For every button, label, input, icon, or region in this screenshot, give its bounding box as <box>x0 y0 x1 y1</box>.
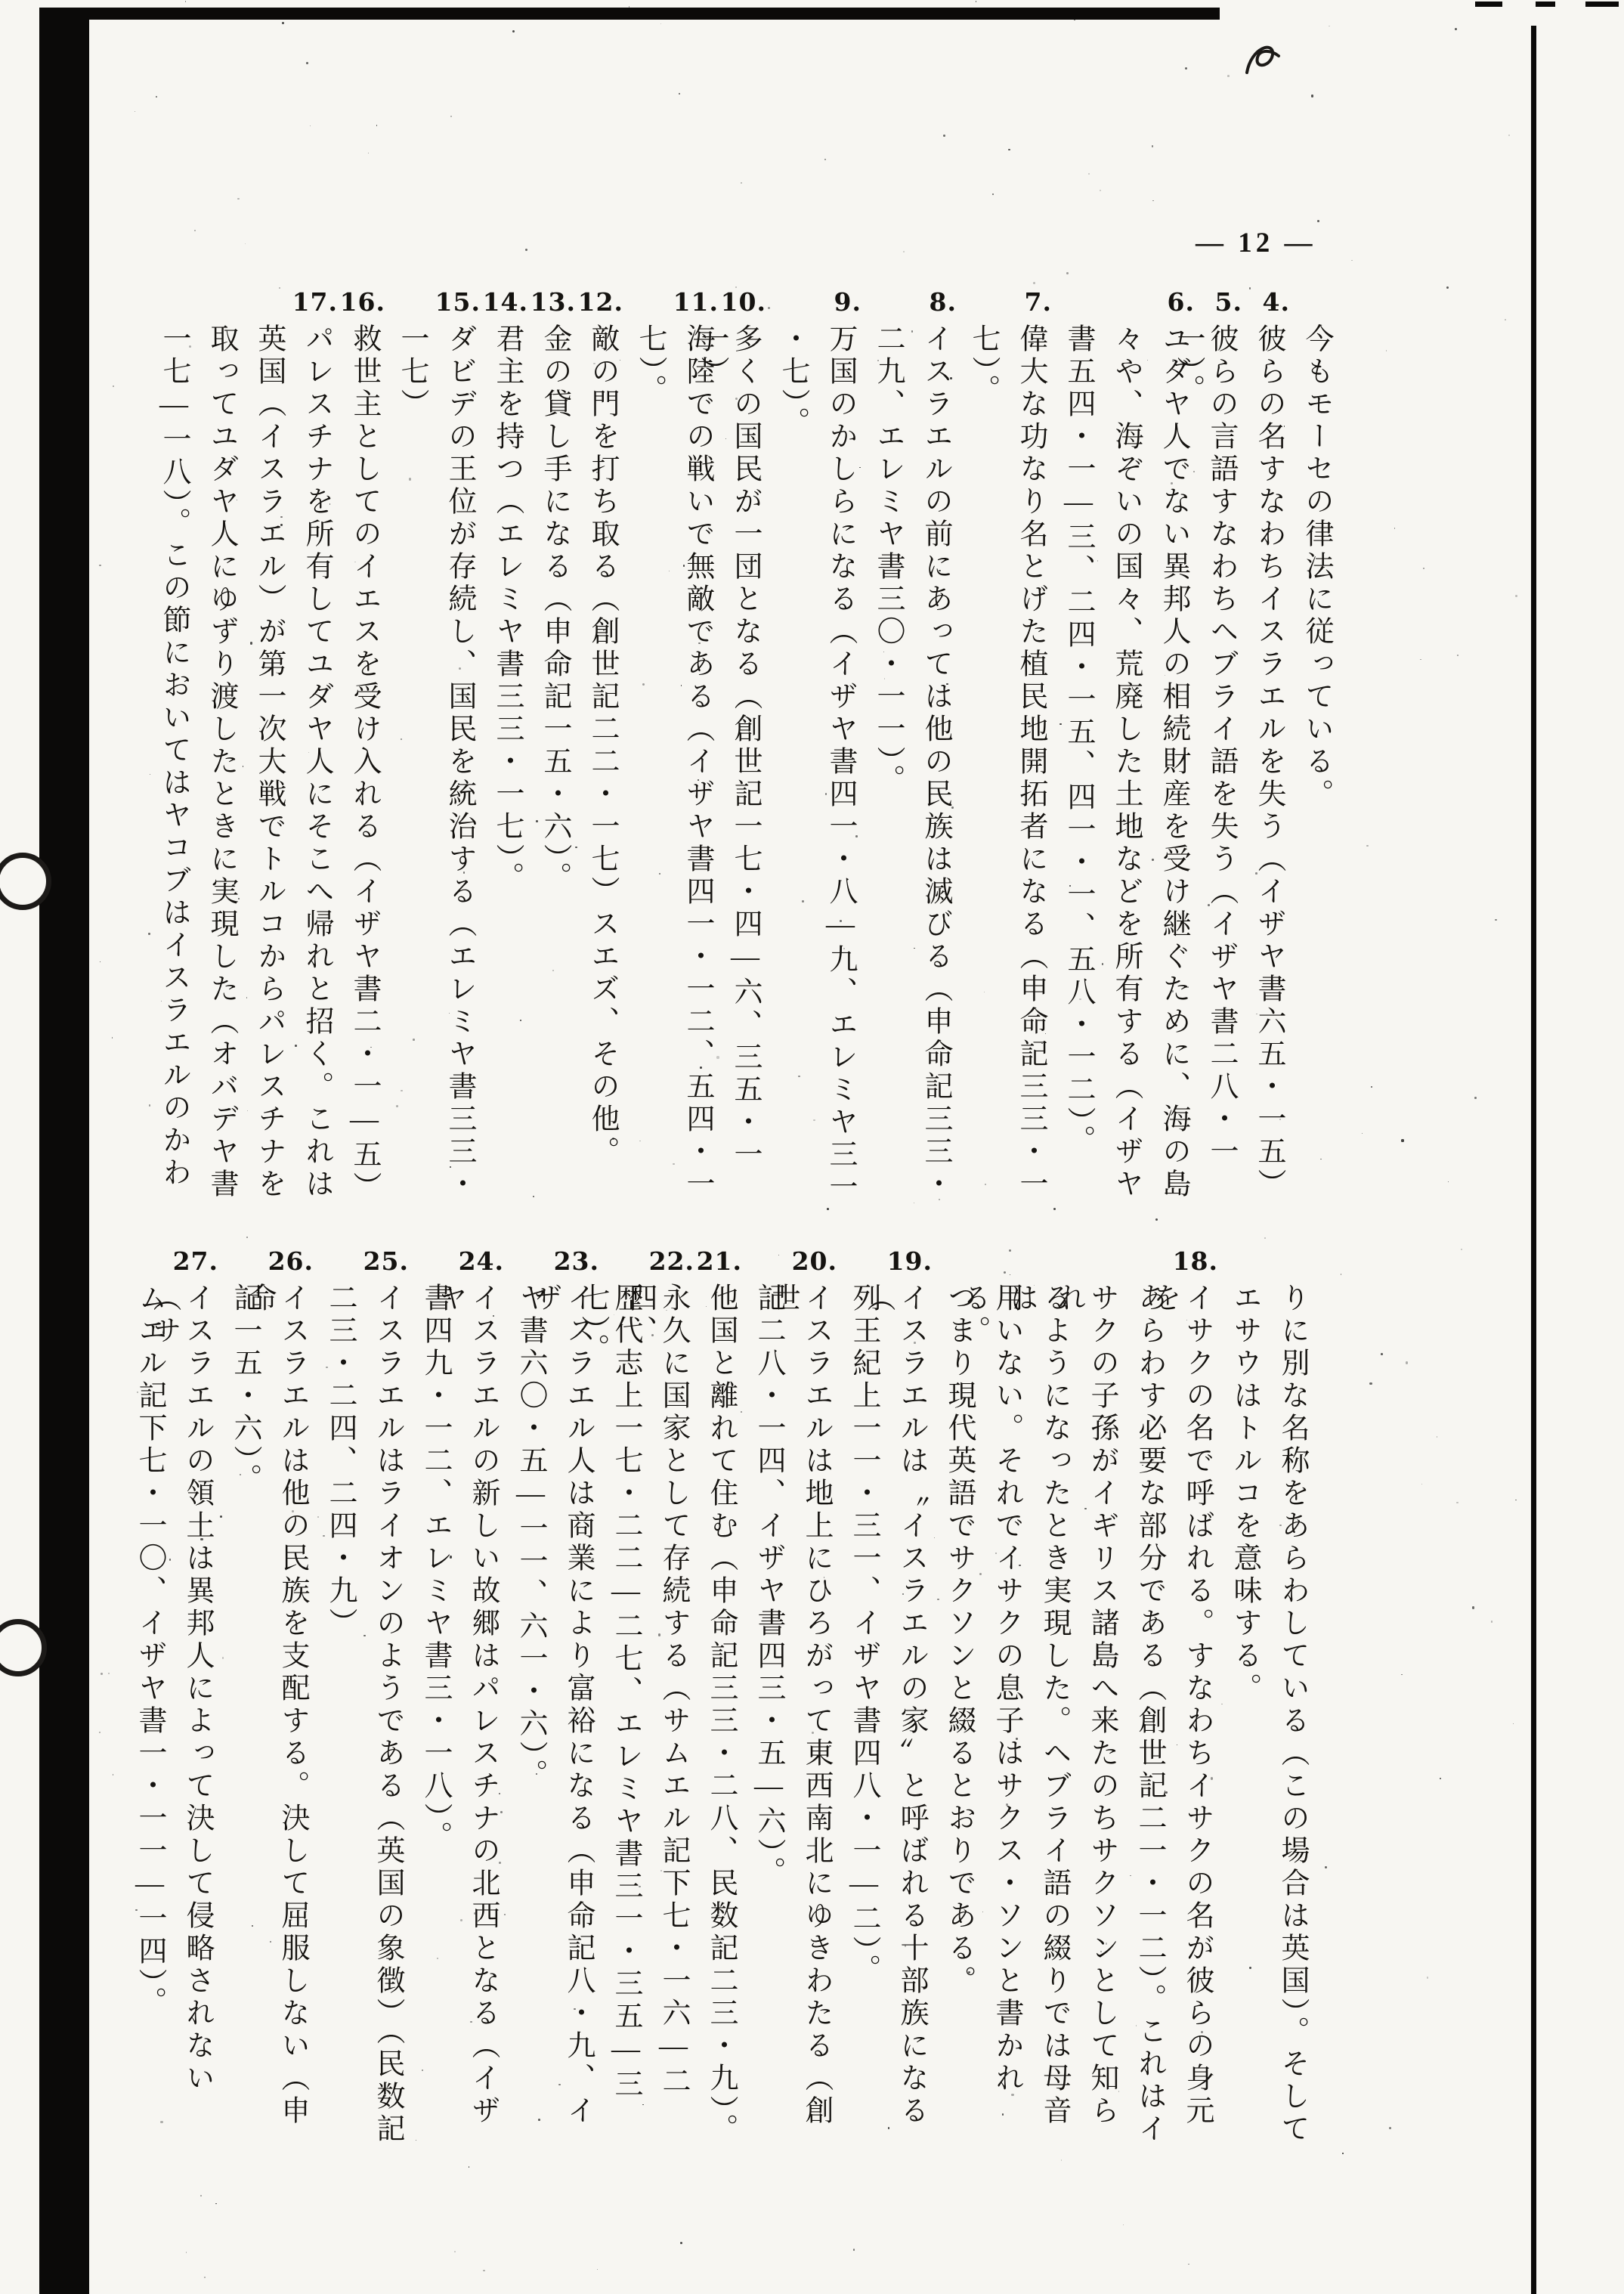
vertical-text: るようになったとき実現した。ヘブライ語の綴りでは母音は <box>1038 1283 1071 2148</box>
text-column: 一七—一八）。この節においてはヤコブはイスラエルのかわ <box>157 324 190 1204</box>
item-number: 13. <box>531 287 576 317</box>
noise-speck <box>171 781 172 782</box>
noise-speck <box>1011 2094 1013 2096</box>
noise-speck <box>1155 1218 1158 1221</box>
noise-speck <box>768 307 770 309</box>
noise-speck <box>1342 2153 1343 2153</box>
text-column: 7.偉大な功なり名とげた植民地開拓者になる（申命記三三・一 <box>1014 324 1047 1204</box>
text-column: 25.イスラエルはライオンのようである（英国の象徴）（民数記 <box>371 1283 404 2148</box>
corner-dash <box>1475 2 1502 7</box>
vertical-text: 金の貸し手になる（申命記一五・六）。 <box>538 324 571 1204</box>
noise-speck <box>855 835 858 837</box>
text-column: 一七） <box>395 324 428 1204</box>
noise-speck <box>1440 1778 1441 1779</box>
noise-speck <box>1172 359 1174 361</box>
noise-speck <box>525 249 527 251</box>
vertical-text: 英国（イスラエル）が第一次大戦でトルコからパレスチナを <box>252 324 286 1204</box>
item-number: 22. <box>649 1246 694 1276</box>
noise-speck <box>1284 426 1285 426</box>
noise-speck <box>260 367 262 370</box>
noise-speck <box>113 385 114 387</box>
vertical-text: 永久に国家として存続する（サムエル記下七・一六—二四、 <box>657 1283 690 2148</box>
vertical-text: パレスチナを所有してユダヤ人にそこへ帰れと招く。これは <box>300 324 333 1204</box>
noise-speck <box>1311 94 1313 97</box>
noise-speck <box>1420 659 1421 660</box>
noise-speck <box>1152 145 1153 147</box>
noise-speck <box>1401 1674 1403 1676</box>
noise-speck <box>1165 675 1165 676</box>
text-column: つまり現代英語でサクソンと綴るとおりである。 <box>942 1283 976 2148</box>
text-column: 18.イサクの名で呼ばれる。すなわちイサクの名が彼らの身元を <box>1180 1283 1214 2148</box>
noise-speck <box>1386 350 1387 351</box>
vertical-text: 多くの国民が一団となる（創世記一七・四—六、三五・一一） <box>728 324 762 1204</box>
text-column: りに別な名称をあらわしている（この場合は英国）。そして <box>1276 1283 1309 2148</box>
noise-speck <box>1381 1353 1383 1355</box>
noise-speck <box>246 1237 248 1238</box>
noise-speck <box>937 1599 939 1601</box>
noise-speck <box>101 1673 103 1675</box>
noise-speck <box>716 1056 719 1058</box>
noise-speck <box>500 1811 503 1813</box>
vertical-text: イスラエルの領土は異邦人によって決して侵略されない（サ <box>181 1283 214 2148</box>
vertical-text: エサウはトルコを意味する。 <box>1228 1283 1261 2148</box>
corner-dash <box>1585 2 1619 7</box>
noise-speck <box>245 243 246 244</box>
noise-speck <box>552 292 553 293</box>
noise-speck <box>368 153 369 153</box>
noise-speck <box>169 1559 171 1560</box>
noise-speck <box>698 779 699 781</box>
noise-speck <box>614 1314 614 1315</box>
noise-speck <box>454 2251 456 2252</box>
vertical-text: ヤ書六〇・五—一一、六一・六）。 <box>514 1283 547 2148</box>
vertical-text: あらわす必要な部分である（創世記二一・一二）。これはイ <box>1133 1283 1166 2148</box>
noise-speck <box>1366 845 1369 847</box>
scanned-page: — 12 — 今もモーセの律法に従っている。4.彼らの名すなわちイスラエルを失う… <box>0 0 1624 2294</box>
noise-speck <box>185 1 186 2</box>
item-number: 21. <box>697 1246 742 1276</box>
noise-speck <box>1006 1803 1008 1806</box>
noise-speck <box>1437 1436 1437 1437</box>
text-column: 々や、海ぞいの国々、荒廃した土地などを所有する（イザヤ <box>1109 324 1143 1204</box>
noise-speck <box>597 2269 598 2270</box>
noise-speck <box>829 1745 831 1748</box>
text-column: 8.イスラエルの前にあっては他の民族は滅びる（申命記三三・ <box>919 324 952 1204</box>
left-scan-bar <box>39 17 89 2294</box>
noise-speck <box>450 1166 451 1168</box>
vertical-text: 今もモーセの律法に従っている。 <box>1300 324 1333 1204</box>
noise-speck <box>673 1163 674 1165</box>
noise-speck <box>798 1076 800 1077</box>
noise-speck <box>1249 1967 1251 1969</box>
noise-speck <box>778 1255 779 1255</box>
noise-speck <box>1097 560 1098 561</box>
text-column: 15.ダビデの王位が存続し、国民を統治する（エレミヤ書三三・ <box>443 324 476 1204</box>
noise-speck <box>536 820 538 822</box>
vertical-text: イスラエルは他の民族を支配する。決して屈服しない（申命 <box>276 1283 309 2148</box>
noise-speck <box>741 182 743 184</box>
vertical-text: サクの子孫がイギリス諸島へ来たのちサクソンとして知られ <box>1085 1283 1118 2148</box>
item-number: 12. <box>578 287 623 317</box>
item-number: 9. <box>834 287 861 317</box>
item-number: 26. <box>268 1246 314 1276</box>
text-column: 取ってユダヤ人にゆずり渡したときに実現した（オバデヤ書 <box>205 324 238 1204</box>
item-number: 7. <box>1025 287 1052 317</box>
item-number: 8. <box>930 287 957 317</box>
noise-speck <box>292 1510 294 1512</box>
noise-speck <box>1446 286 1449 289</box>
noise-speck <box>194 230 196 231</box>
noise-speck <box>946 683 948 685</box>
noise-speck <box>99 565 101 566</box>
text-column: 4.彼らの名すなわちイスラエルを失う（イザヤ書六五・一五） <box>1252 324 1285 1204</box>
noise-speck <box>1394 528 1395 528</box>
vertical-text: 書五四・一—三、二四・一五、四一・一、五八・一二）。 <box>1062 324 1095 1204</box>
noise-speck <box>1461 1249 1462 1250</box>
text-column: 英国（イスラエル）が第一次大戦でトルコからパレスチナを <box>252 324 286 1204</box>
noise-speck <box>824 1577 825 1578</box>
text-column: 23.イスラエル人は商業により富裕になる（申命記八・九、イザ <box>561 1283 595 2148</box>
noise-speck <box>1389 2127 1391 2129</box>
vertical-text: 救世主としてのイエスを受け入れる（イザヤ書二・一—五） <box>348 324 381 1204</box>
noise-speck <box>1248 1546 1250 1549</box>
page-number: — 12 — <box>1196 227 1316 259</box>
item-number: 6. <box>1168 287 1195 317</box>
noise-speck <box>1371 1086 1372 1088</box>
noise-speck <box>1208 904 1210 906</box>
noise-speck <box>149 1104 150 1106</box>
noise-speck <box>1249 287 1251 289</box>
text-column: 14.君主を持つ（エレミヤ書三三・一七）。 <box>490 324 524 1204</box>
vertical-text: 取ってユダヤ人にゆずり渡したときに実現した（オバデヤ書 <box>205 324 238 1204</box>
noise-speck <box>317 1516 319 1518</box>
noise-speck <box>1329 26 1330 27</box>
handwritten-mark <box>1241 39 1289 82</box>
noise-speck <box>976 1 977 2</box>
noise-speck <box>827 1208 829 1210</box>
item-number: 5. <box>1215 287 1242 317</box>
text-column: 記一五・六）。 <box>228 1283 261 2148</box>
text-column: 12.敵の門を打ち取る（創世記二二・一七）スエズ、その他。 <box>586 324 619 1204</box>
text-column: 22.永久に国家として存続する（サムエル記下七・一六—二四、 <box>657 1283 690 2148</box>
noise-speck <box>469 2166 470 2168</box>
noise-speck <box>1423 568 1424 569</box>
vertical-text: 海陸での戦いで無敵である（イザヤ書四一・一二、五四・一 <box>681 324 714 1204</box>
noise-speck <box>1448 1181 1449 1182</box>
noise-speck <box>1341 1274 1341 1274</box>
noise-speck <box>612 1138 614 1140</box>
noise-speck <box>666 1310 667 1311</box>
text-column: エサウはトルコを意味する。 <box>1228 1283 1261 2148</box>
noise-speck <box>911 330 914 333</box>
text-column: 27.イスラエルの領土は異邦人によって決して侵略されない（サ <box>181 1283 214 2148</box>
vertical-text: 書四九・一二、エレミヤ書三・一八）。 <box>419 1283 452 2148</box>
text-column: 21.他国と離れて住む（申命記三三・二八、民数記二三・九）。 <box>704 1283 738 2148</box>
noise-speck <box>536 1773 537 1775</box>
item-number: 18. <box>1173 1246 1218 1276</box>
noise-speck <box>113 1774 114 1775</box>
noise-speck <box>781 1827 783 1829</box>
vertical-text: 君主を持つ（エレミヤ書三三・一七）。 <box>490 324 524 1204</box>
item-number: 19. <box>887 1246 933 1276</box>
noise-speck <box>204 2277 206 2278</box>
noise-speck <box>541 1583 542 1584</box>
noise-speck <box>308 1684 309 1685</box>
noise-speck <box>186 2252 187 2253</box>
vertical-text: ユダヤ人でない異邦人の相続財産を受け継ぐために、海の島 <box>1157 324 1190 1204</box>
text-column: 24.イスラエルの新しい故郷はパレスチナの北西となる（イザヤ <box>466 1283 500 2148</box>
text-column: 書四九・一二、エレミヤ書三・一八）。 <box>419 1283 452 2148</box>
text-column: 記二八・一四、イザヤ書四三・五—六）。 <box>752 1283 785 2148</box>
noise-speck <box>1401 1139 1403 1141</box>
noise-speck <box>1255 872 1257 875</box>
noise-speck <box>1362 1133 1363 1134</box>
vertical-text: 列王紀上一一・三一、イザヤ書四八・一—二）。 <box>847 1283 880 2148</box>
noise-speck <box>112 1037 113 1038</box>
vertical-text: 敵の門を打ち取る（創世記二二・一七）スエズ、その他。 <box>586 324 619 1204</box>
noise-speck <box>160 2121 162 2123</box>
item-number: 20. <box>792 1246 837 1276</box>
text-column: 11.海陸での戦いで無敵である（イザヤ書四一・一二、五四・一 <box>681 324 714 1204</box>
vertical-text: つまり現代英語でサクソンと綴るとおりである。 <box>942 1283 976 2148</box>
noise-speck <box>1123 2224 1124 2226</box>
noise-speck <box>1320 1159 1321 1159</box>
noise-speck <box>450 116 453 118</box>
noise-speck <box>1008 149 1010 150</box>
noise-speck <box>1152 200 1153 201</box>
noise-speck <box>1004 1271 1006 1274</box>
noise-speck <box>282 22 284 24</box>
corner-dash <box>1536 2 1555 7</box>
noise-speck <box>1201 2031 1203 2033</box>
noise-speck <box>679 93 680 94</box>
noise-speck <box>279 287 280 288</box>
noise-speck <box>995 1553 997 1554</box>
text-column: ヤ書六〇・五—一一、六一・六）。 <box>514 1283 547 2148</box>
vertical-text: 二三・二四、二四・九） <box>323 1283 357 2148</box>
vertical-text: 彼らの名すなわちイスラエルを失う（イザヤ書六五・一五） <box>1252 324 1285 1204</box>
noise-speck <box>1221 1704 1223 1705</box>
vertical-text: イスラエルはライオンのようである（英国の象徴）（民数記 <box>371 1283 404 2148</box>
noise-speck <box>259 728 261 729</box>
text-column: ムエル記下七・一〇、イザヤ書一・一一—一四）。 <box>133 1283 166 2148</box>
noise-speck <box>593 363 595 365</box>
noise-speck <box>306 62 308 64</box>
noise-speck <box>1279 1119 1281 1120</box>
text-column: サクの子孫がイギリス諸島へ来たのちサクソンとして知られ <box>1085 1283 1118 2148</box>
noise-speck <box>237 198 239 200</box>
noise-speck <box>951 806 954 809</box>
noise-speck <box>1033 282 1035 284</box>
noise-speck <box>1053 1208 1056 1210</box>
item-number: 11. <box>673 287 719 317</box>
noise-speck <box>1457 655 1459 656</box>
item-number: 24. <box>459 1246 504 1276</box>
noise-speck <box>592 1558 594 1560</box>
noise-speck <box>680 2242 682 2244</box>
noise-speck <box>1421 1484 1422 1484</box>
text-column: 26.イスラエルは他の民族を支配する。決して屈服しない（申命 <box>276 1283 309 2148</box>
text-column: 5.彼らの言語すなわちヘブライ語を失う（イザヤ書二八・一一）。 <box>1205 324 1238 1204</box>
noise-speck <box>859 467 861 469</box>
text-column: 七）。 <box>633 324 667 1204</box>
noise-speck <box>100 961 101 962</box>
noise-speck <box>161 1001 162 1001</box>
noise-speck <box>1325 1866 1327 1868</box>
item-number: 23. <box>554 1246 599 1276</box>
noise-speck <box>148 933 150 935</box>
text-column: るようになったとき実現した。ヘブライ語の綴りでは母音は <box>1038 1283 1071 2148</box>
noise-speck <box>1406 1361 1408 1364</box>
top-scan-bar <box>39 8 1220 20</box>
noise-speck <box>659 873 660 875</box>
items-block-18-27: りに別な名称をあらわしている（この場合は英国）。そしてエサウはトルコを意味する。… <box>133 1283 1309 2148</box>
noise-speck <box>968 1971 970 1973</box>
noise-speck <box>1227 75 1230 77</box>
noise-speck <box>463 871 465 873</box>
vertical-text: ダビデの王位が存続し、国民を統治する（エレミヤ書三三・ <box>443 324 476 1204</box>
items-block-4-17: 今もモーセの律法に従っている。4.彼らの名すなわちイスラエルを失う（イザヤ書六五… <box>157 324 1333 1204</box>
item-number: 25. <box>363 1246 409 1276</box>
noise-speck <box>992 193 994 195</box>
vertical-text: 七）。 <box>633 324 667 1204</box>
noise-speck <box>483 2270 485 2272</box>
noise-speck <box>363 1635 365 1636</box>
noise-speck <box>1515 1500 1516 1500</box>
noise-speck <box>1187 986 1189 988</box>
text-column: 七）。 <box>967 324 1000 1204</box>
text-column: 16.救世主としてのイエスを受け入れる（イザヤ書二・一—五） <box>348 324 381 1204</box>
noise-speck <box>200 2195 202 2196</box>
noise-speck <box>200 1538 203 1540</box>
noise-speck <box>824 159 826 160</box>
noise-speck <box>629 6 629 7</box>
noise-speck <box>1010 1274 1010 1275</box>
noise-speck <box>1472 1606 1474 1608</box>
text-column: 19.イスラエルは〝イスラエルの家〟と呼ばれる十部族になる（ <box>895 1283 928 2148</box>
noise-speck <box>1100 1951 1102 1952</box>
noise-speck <box>853 2249 855 2250</box>
noise-speck <box>224 735 225 736</box>
vertical-text: 他国と離れて住む（申命記三三・二八、民数記二三・九）。 <box>704 1283 738 2148</box>
noise-speck <box>1369 1382 1372 1385</box>
noise-speck <box>326 1367 327 1368</box>
noise-speck <box>409 478 411 480</box>
noise-speck <box>939 1199 940 1200</box>
noise-speck <box>1066 272 1069 274</box>
noise-speck <box>396 1105 398 1107</box>
noise-speck <box>1101 1457 1103 1460</box>
noise-speck <box>280 516 282 518</box>
vertical-text: 一七—一八）。この節においてはヤコブはイスラエルのかわ <box>157 324 190 1204</box>
noise-speck <box>903 251 905 252</box>
vertical-text: りに別な名称をあらわしている（この場合は英国）。そして <box>1276 1283 1309 2148</box>
noise-speck <box>1508 135 1510 136</box>
text-column: 20.イスラエルは地上にひろがって東西南北にゆきわたる（創世 <box>800 1283 833 2148</box>
text-column: 用いない。それでイサクの息子はサクス・ソンと書かれる。 <box>990 1283 1023 2148</box>
text-column: 10.多くの国民が一団となる（創世記一七・四—六、三五・一一） <box>728 324 762 1204</box>
noise-speck <box>1019 1565 1020 1566</box>
noise-speck <box>156 96 157 98</box>
noise-speck <box>952 1048 953 1049</box>
noise-speck <box>1495 919 1497 921</box>
noise-speck <box>401 738 402 740</box>
vertical-text: 二九、エレミヤ書三〇・一一）。 <box>871 324 905 1204</box>
item-number: 14. <box>483 287 528 317</box>
noise-speck <box>1059 723 1061 725</box>
noise-speck <box>376 125 377 125</box>
text-column: 6.ユダヤ人でない異邦人の相続財産を受け継ぐために、海の島 <box>1157 324 1190 1204</box>
text-column: 二三・二四、二四・九） <box>323 1283 357 2148</box>
vertical-text: イサクの名で呼ばれる。すなわちイサクの名が彼らの身元を <box>1180 1283 1214 2148</box>
noise-speck <box>658 1633 660 1636</box>
noise-speck <box>1505 319 1506 320</box>
vertical-text: ・七）。 <box>776 324 809 1204</box>
vertical-text: イスラエルは〝イスラエルの家〟と呼ばれる十部族になる（ <box>895 1283 928 2148</box>
vertical-text: 七）。 <box>967 324 1000 1204</box>
text-column: 9.万国のかしらになる（イザヤ書四一・八—九、エレミヤ三一 <box>824 324 857 1204</box>
item-number: 15. <box>435 287 481 317</box>
noise-speck <box>240 1474 240 1475</box>
noise-speck <box>660 23 662 25</box>
text-column: 今もモーセの律法に従っている。 <box>1300 324 1333 1204</box>
noise-speck <box>552 970 554 971</box>
noise-speck <box>1491 1621 1493 1622</box>
noise-speck <box>1016 1738 1018 1740</box>
noise-speck <box>1456 1502 1459 1504</box>
vertical-text: イスラエル人は商業により富裕になる（申命記八・九、イザ <box>561 1283 595 2148</box>
vertical-text: 記二八・一四、イザヤ書四三・五—六）。 <box>752 1283 785 2148</box>
noise-speck <box>135 111 135 112</box>
noise-speck <box>1515 595 1517 597</box>
noise-speck <box>150 774 150 775</box>
noise-speck <box>1100 190 1101 191</box>
noise-speck <box>1317 220 1319 222</box>
noise-speck <box>1427 1977 1428 1978</box>
vertical-text: 彼らの言語すなわちヘブライ語を失う（イザヤ書二八・一一）。 <box>1205 324 1238 1204</box>
noise-speck <box>1211 1777 1213 1779</box>
noise-speck <box>295 1045 297 1047</box>
noise-speck <box>1188 2264 1189 2265</box>
noise-speck <box>99 1732 101 1733</box>
noise-speck <box>533 1196 534 1197</box>
vertical-text: 万国のかしらになる（イザヤ書四一・八—九、エレミヤ三一 <box>824 324 857 1204</box>
noise-speck <box>813 1119 815 1121</box>
text-column: 書五四・一—三、二四・一五、四一・一、五八・一二）。 <box>1062 324 1095 1204</box>
noise-speck <box>1513 1723 1514 1724</box>
noise-speck <box>1455 28 1457 30</box>
noise-speck <box>1074 19 1075 20</box>
noise-speck <box>943 135 945 137</box>
noise-speck <box>914 1342 916 1344</box>
noise-speck <box>1185 67 1187 70</box>
noise-speck <box>238 898 240 899</box>
item-number: 4. <box>1263 287 1290 317</box>
item-number: 17. <box>292 287 338 317</box>
vertical-text: ムエル記下七・一〇、イザヤ書一・一一—一四）。 <box>133 1283 166 2148</box>
vertical-text: 偉大な功なり名とげた植民地開拓者になる（申命記三三・一 <box>1014 324 1047 1204</box>
vertical-text: 々や、海ぞいの国々、荒廃した土地などを所有する（イザヤ <box>1109 324 1143 1204</box>
text-column: 17.パレスチナを所有してユダヤ人にそこへ帰れと招く。これは <box>300 324 333 1204</box>
text-column: 13.金の貸し手になる（申命記一五・六）。 <box>538 324 571 1204</box>
noise-speck <box>1088 173 1090 175</box>
vertical-text: 用いない。それでイサクの息子はサクス・ソンと書かれる。 <box>990 1283 1023 2148</box>
noise-speck <box>310 125 311 126</box>
item-number: 27. <box>173 1246 218 1276</box>
noise-speck <box>1165 1791 1168 1794</box>
text-column: あらわす必要な部分である（創世記二一・一二）。これはイ <box>1133 1283 1166 2148</box>
noise-speck <box>1136 2025 1137 2026</box>
